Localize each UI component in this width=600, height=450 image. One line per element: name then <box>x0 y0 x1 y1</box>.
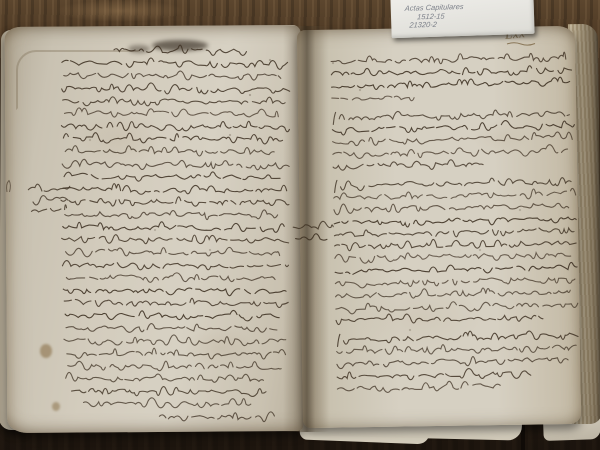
archive-label: Actas Capitulares 1512-15 21320-2 <box>390 0 534 38</box>
handwritten-line <box>295 231 338 247</box>
manuscript-paragraph <box>333 175 582 327</box>
right-margin-note <box>293 220 335 221</box>
label-line-3: 21320-2 <box>409 18 535 30</box>
manuscript-photo: Lxx Actas Capitulares 1512-15 21320-2 <box>0 0 600 450</box>
wood-highlight-streak <box>55 0 185 22</box>
handwritten-line <box>159 411 283 427</box>
margin-mark <box>4 179 16 195</box>
manuscript-paragraph <box>332 107 579 173</box>
handwritten-line <box>336 311 553 330</box>
folio-underline <box>506 41 538 47</box>
right-page-text <box>331 51 584 400</box>
handwritten-line <box>332 91 423 108</box>
handwritten-line <box>333 158 492 176</box>
manuscript-paragraph <box>336 329 583 395</box>
manuscript-paragraph <box>331 51 578 105</box>
handwritten-line <box>31 203 76 220</box>
left-page-text <box>59 44 294 430</box>
paper-stain <box>40 344 52 358</box>
handwritten-line <box>337 380 510 398</box>
